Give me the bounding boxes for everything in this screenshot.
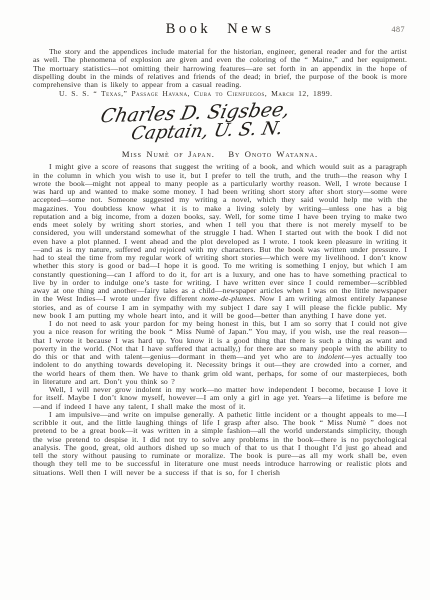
- section-heading: Miss Numè of Japan. By Onoto Watanna.: [33, 149, 407, 159]
- paragraph-impulsive: I am impulsive—and write on impulse gene…: [33, 411, 407, 477]
- page-number: 487: [392, 25, 406, 34]
- paragraph-why-i-wrote: I might give a score of reasons that sug…: [33, 163, 407, 320]
- section-title: Miss Numè of Japan.: [122, 149, 215, 159]
- text-segment: I am impulsive—and write on impulse gene…: [33, 410, 407, 477]
- paragraph-honest-reason: I do not need to ask your pardon for my …: [33, 320, 407, 386]
- paragraph-never-indolent: Well, I will never grow indolent in my w…: [33, 386, 407, 411]
- text-segment: Well, I will never grow indolent in my w…: [33, 385, 407, 411]
- intro-paragraphs: The story and the appendices include mat…: [33, 48, 407, 89]
- article-paragraphs: I might give a score of reasons that sug…: [33, 163, 407, 477]
- paragraph-maine-appendices: The story and the appendices include mat…: [33, 48, 407, 89]
- book-page: Book News 487 The story and the appendic…: [0, 0, 430, 600]
- journal-title: Book News: [166, 21, 275, 38]
- text-segment: The story and the appendices include mat…: [33, 47, 407, 89]
- page-header: Book News 487: [33, 20, 407, 38]
- signature-block: Charles D. Sigsbee, Captain, U. S. N.: [100, 96, 407, 146]
- text-segment: I might give a score of reasons that sug…: [33, 162, 407, 303]
- section-byline: By Onoto Watanna.: [228, 149, 318, 159]
